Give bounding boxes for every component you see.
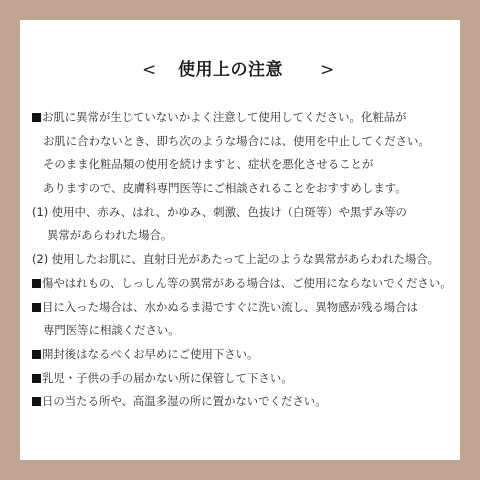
precautions-list: お肌に異常が生じていないかよく注意して使用してください。化粧品が お肌に合わない… — [32, 106, 456, 414]
title-row: < 使用上の注意 > — [20, 58, 460, 82]
precaution-line: (1) 使用中、赤み、はれ、かゆみ、刺激、色抜け（白斑等）や黒ずみ等の — [32, 201, 456, 225]
precaution-line: そのまま化粧品類の使用を続けますと、症状を悪化させることが — [32, 153, 456, 177]
square-bullet-icon — [32, 279, 41, 288]
precaution-line: 日の当たる所や、高温多湿の所に置かないでください。 — [32, 390, 456, 414]
precaution-line: 乳児・子供の手の届かない所に保管して下さい。 — [32, 367, 456, 391]
precaution-line: お肌に異常が生じていないかよく注意して使用してください。化粧品が — [32, 106, 456, 130]
precaution-line: ありますので、皮膚科専門医等にご相談されることをおすすめします。 — [32, 177, 456, 201]
precaution-line: 異常があらわれた場合。 — [32, 224, 456, 248]
precaution-line: 開封後はなるべくお早めにご使用下さい。 — [32, 343, 456, 367]
square-bullet-icon — [32, 374, 41, 383]
precaution-line: 専門医等に相談ください。 — [32, 319, 456, 343]
notice-panel: < 使用上の注意 > お肌に異常が生じていないかよく注意して使用してください。化… — [20, 20, 460, 460]
page-title: 使用上の注意 — [178, 58, 283, 82]
precaution-line: 目に入った場合は、水かぬるま湯ですぐに洗い流し、異物感が残る場合は — [32, 296, 456, 320]
right-bracket: > — [320, 58, 334, 82]
left-bracket: < — [142, 58, 156, 82]
precaution-line: (2) 使用したお肌に、直射日光があたって上記のような異常があらわれた場合。 — [32, 248, 456, 272]
precaution-line: お肌に合わないとき、即ち次のような場合には、使用を中止してください。 — [32, 130, 456, 154]
square-bullet-icon — [32, 113, 41, 122]
precaution-line: 傷やはれもの、しっしん等の異常がある場合は、ご使用にならないでください。 — [32, 272, 456, 296]
square-bullet-icon — [32, 303, 41, 312]
square-bullet-icon — [32, 350, 41, 359]
square-bullet-icon — [32, 397, 41, 406]
